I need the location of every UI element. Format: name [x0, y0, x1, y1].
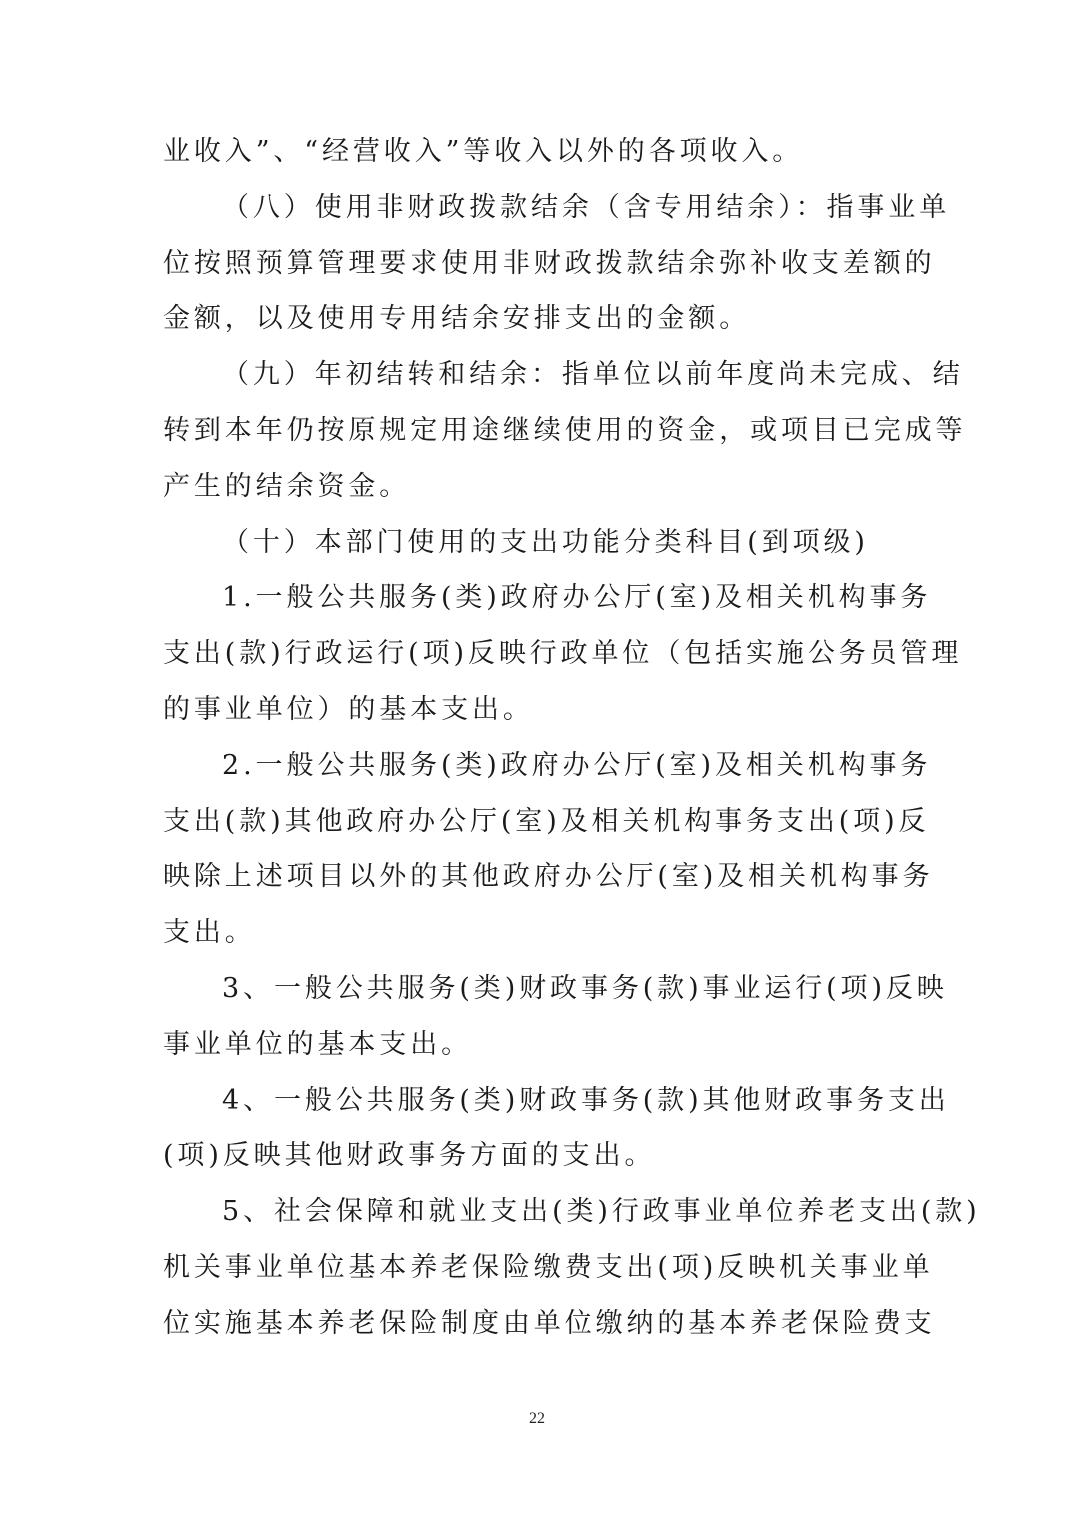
document-page: 业收入”、“经营收入”等收入以外的各项收入。 （八）使用非财政拨款结余（含专用结…: [0, 0, 1074, 1520]
section-10-heading-line: （十）本部门使用的支出功能分类科目(到项级): [163, 515, 915, 571]
text-line: (项)反映其他财政事务方面的支出。: [163, 1128, 915, 1184]
text-line: 的事业单位）的基本支出。: [163, 682, 915, 738]
section-8-heading-line: （八）使用非财政拨款结余（含专用结余）：指事业单: [163, 180, 915, 236]
text-line: 产生的结余资金。: [163, 459, 915, 515]
text-line: 转到本年仍按原规定用途继续使用的资金，或项目已完成等: [163, 403, 915, 459]
item-1-line: 1.一般公共服务(类)政府办公厅(室)及相关机构事务: [163, 570, 915, 626]
text-line: 事业单位的基本支出。: [163, 1017, 915, 1073]
text-line: 映除上述项目以外的其他政府办公厅(室)及相关机构事务: [163, 849, 915, 905]
item-5-line: 5、社会保障和就业支出(类)行政事业单位养老支出(款): [163, 1184, 915, 1240]
text-line: 机关事业单位基本养老保险缴费支出(项)反映机关事业单: [163, 1240, 915, 1296]
page-number: 22: [0, 1410, 1074, 1428]
section-9-heading-line: （九）年初结转和结余：指单位以前年度尚未完成、结: [163, 347, 915, 403]
text-line: 支出。: [163, 905, 915, 961]
text-line: 位按照预算管理要求使用非财政拨款结余弥补收支差额的: [163, 236, 915, 292]
body-text: 业收入”、“经营收入”等收入以外的各项收入。 （八）使用非财政拨款结余（含专用结…: [163, 124, 915, 1352]
text-line: 支出(款)其他政府办公厅(室)及相关机构事务支出(项)反: [163, 794, 915, 850]
item-4-line: 4、一般公共服务(类)财政事务(款)其他财政事务支出: [163, 1073, 915, 1129]
text-line: 金额，以及使用专用结余安排支出的金额。: [163, 291, 915, 347]
text-line: 位实施基本养老保险制度由单位缴纳的基本养老保险费支: [163, 1296, 915, 1352]
text-line: 支出(款)行政运行(项)反映行政单位（包括实施公务员管理: [163, 626, 915, 682]
item-3-line: 3、一般公共服务(类)财政事务(款)事业运行(项)反映: [163, 961, 915, 1017]
item-2-line: 2.一般公共服务(类)政府办公厅(室)及相关机构事务: [163, 738, 915, 794]
text-line: 业收入”、“经营收入”等收入以外的各项收入。: [163, 124, 915, 180]
